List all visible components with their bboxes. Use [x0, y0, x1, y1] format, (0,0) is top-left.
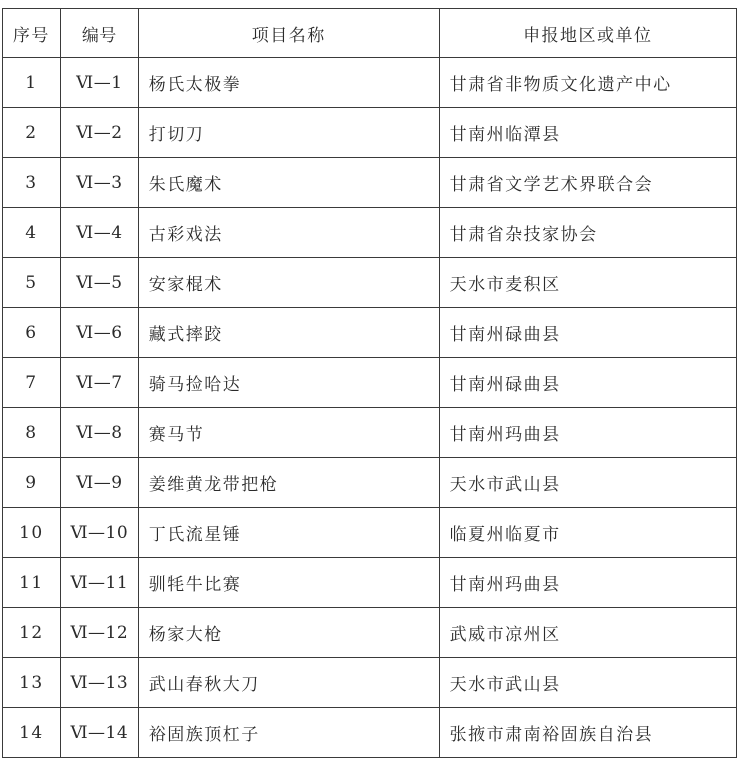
cell-code: Ⅵ—6 — [60, 308, 138, 358]
cell-name: 朱氏魔术 — [138, 158, 439, 208]
cell-name: 安家棍术 — [138, 258, 439, 308]
table-row: 4 Ⅵ—4 古彩戏法 甘肃省杂技家协会 — [3, 208, 737, 258]
heritage-project-table-container: 序号 编号 项目名称 申报地区或单位 1 Ⅵ—1 杨氏太极拳 甘肃省非物质文化遗… — [2, 8, 737, 758]
table-row: 13 Ⅵ—13 武山春秋大刀 天水市武山县 — [3, 658, 737, 708]
cell-seq: 10 — [3, 508, 61, 558]
cell-code: Ⅵ—3 — [60, 158, 138, 208]
cell-seq: 9 — [3, 458, 61, 508]
table-header: 序号 编号 项目名称 申报地区或单位 — [3, 9, 737, 58]
table-row: 2 Ⅵ—2 打切刀 甘南州临潭县 — [3, 108, 737, 158]
header-row: 序号 编号 项目名称 申报地区或单位 — [3, 9, 737, 58]
cell-seq: 5 — [3, 258, 61, 308]
cell-unit: 武威市凉州区 — [439, 608, 736, 658]
table-row: 1 Ⅵ—1 杨氏太极拳 甘肃省非物质文化遗产中心 — [3, 58, 737, 108]
cell-unit: 天水市麦积区 — [439, 258, 736, 308]
cell-code: Ⅵ—12 — [60, 608, 138, 658]
cell-code: Ⅵ—2 — [60, 108, 138, 158]
table-body: 1 Ⅵ—1 杨氏太极拳 甘肃省非物质文化遗产中心 2 Ⅵ—2 打切刀 甘南州临潭… — [3, 58, 737, 758]
cell-name: 赛马节 — [138, 408, 439, 458]
cell-unit: 甘肃省文学艺术界联合会 — [439, 158, 736, 208]
cell-seq: 13 — [3, 658, 61, 708]
cell-name: 姜维黄龙带把枪 — [138, 458, 439, 508]
cell-name: 丁氏流星锤 — [138, 508, 439, 558]
header-code: 编号 — [60, 9, 138, 58]
cell-name: 古彩戏法 — [138, 208, 439, 258]
table-row: 8 Ⅵ—8 赛马节 甘南州玛曲县 — [3, 408, 737, 458]
cell-name: 武山春秋大刀 — [138, 658, 439, 708]
header-seq: 序号 — [3, 9, 61, 58]
cell-unit: 甘肃省杂技家协会 — [439, 208, 736, 258]
table-row: 3 Ⅵ—3 朱氏魔术 甘肃省文学艺术界联合会 — [3, 158, 737, 208]
table-row: 5 Ⅵ—5 安家棍术 天水市麦积区 — [3, 258, 737, 308]
cell-seq: 1 — [3, 58, 61, 108]
cell-code: Ⅵ—8 — [60, 408, 138, 458]
table-row: 14 Ⅵ—14 裕固族顶杠子 张掖市肃南裕固族自治县 — [3, 708, 737, 758]
table-row: 12 Ⅵ—12 杨家大枪 武威市凉州区 — [3, 608, 737, 658]
cell-unit: 张掖市肃南裕固族自治县 — [439, 708, 736, 758]
cell-code: Ⅵ—10 — [60, 508, 138, 558]
cell-seq: 12 — [3, 608, 61, 658]
cell-seq: 2 — [3, 108, 61, 158]
cell-code: Ⅵ—13 — [60, 658, 138, 708]
cell-seq: 3 — [3, 158, 61, 208]
header-unit: 申报地区或单位 — [439, 9, 736, 58]
table-row: 9 Ⅵ—9 姜维黄龙带把枪 天水市武山县 — [3, 458, 737, 508]
cell-code: Ⅵ—1 — [60, 58, 138, 108]
table-row: 7 Ⅵ—7 骑马捡哈达 甘南州碌曲县 — [3, 358, 737, 408]
cell-name: 杨家大枪 — [138, 608, 439, 658]
cell-code: Ⅵ—7 — [60, 358, 138, 408]
cell-seq: 14 — [3, 708, 61, 758]
cell-code: Ⅵ—11 — [60, 558, 138, 608]
cell-name: 驯牦牛比赛 — [138, 558, 439, 608]
cell-name: 杨氏太极拳 — [138, 58, 439, 108]
table-row: 10 Ⅵ—10 丁氏流星锤 临夏州临夏市 — [3, 508, 737, 558]
cell-unit: 天水市武山县 — [439, 458, 736, 508]
cell-seq: 11 — [3, 558, 61, 608]
cell-name: 藏式摔跤 — [138, 308, 439, 358]
cell-seq: 4 — [3, 208, 61, 258]
cell-seq: 6 — [3, 308, 61, 358]
cell-code: Ⅵ—5 — [60, 258, 138, 308]
cell-name: 打切刀 — [138, 108, 439, 158]
table-row: 11 Ⅵ—11 驯牦牛比赛 甘南州玛曲县 — [3, 558, 737, 608]
cell-unit: 甘肃省非物质文化遗产中心 — [439, 58, 736, 108]
cell-code: Ⅵ—14 — [60, 708, 138, 758]
cell-unit: 甘南州临潭县 — [439, 108, 736, 158]
cell-name: 裕固族顶杠子 — [138, 708, 439, 758]
heritage-project-table: 序号 编号 项目名称 申报地区或单位 1 Ⅵ—1 杨氏太极拳 甘肃省非物质文化遗… — [2, 8, 737, 758]
table-row: 6 Ⅵ—6 藏式摔跤 甘南州碌曲县 — [3, 308, 737, 358]
cell-unit: 甘南州玛曲县 — [439, 558, 736, 608]
cell-unit: 甘南州碌曲县 — [439, 358, 736, 408]
cell-unit: 临夏州临夏市 — [439, 508, 736, 558]
cell-name: 骑马捡哈达 — [138, 358, 439, 408]
header-name: 项目名称 — [138, 9, 439, 58]
cell-seq: 7 — [3, 358, 61, 408]
cell-seq: 8 — [3, 408, 61, 458]
cell-unit: 甘南州碌曲县 — [439, 308, 736, 358]
cell-code: Ⅵ—9 — [60, 458, 138, 508]
cell-unit: 甘南州玛曲县 — [439, 408, 736, 458]
cell-code: Ⅵ—4 — [60, 208, 138, 258]
cell-unit: 天水市武山县 — [439, 658, 736, 708]
